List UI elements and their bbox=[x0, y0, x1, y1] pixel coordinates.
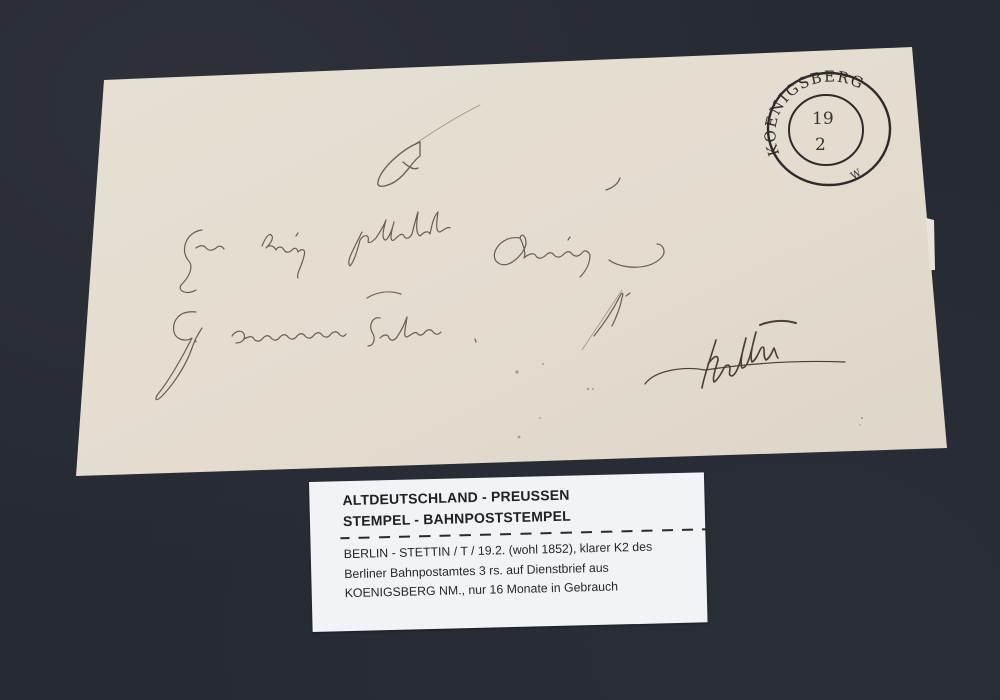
postmark-month: 2 bbox=[815, 135, 826, 155]
description-label-card: ALTDEUTSCHLAND - PREUSSEN STEMPEL - BAHN… bbox=[309, 472, 708, 632]
postmark-day: 19 bbox=[812, 109, 834, 129]
